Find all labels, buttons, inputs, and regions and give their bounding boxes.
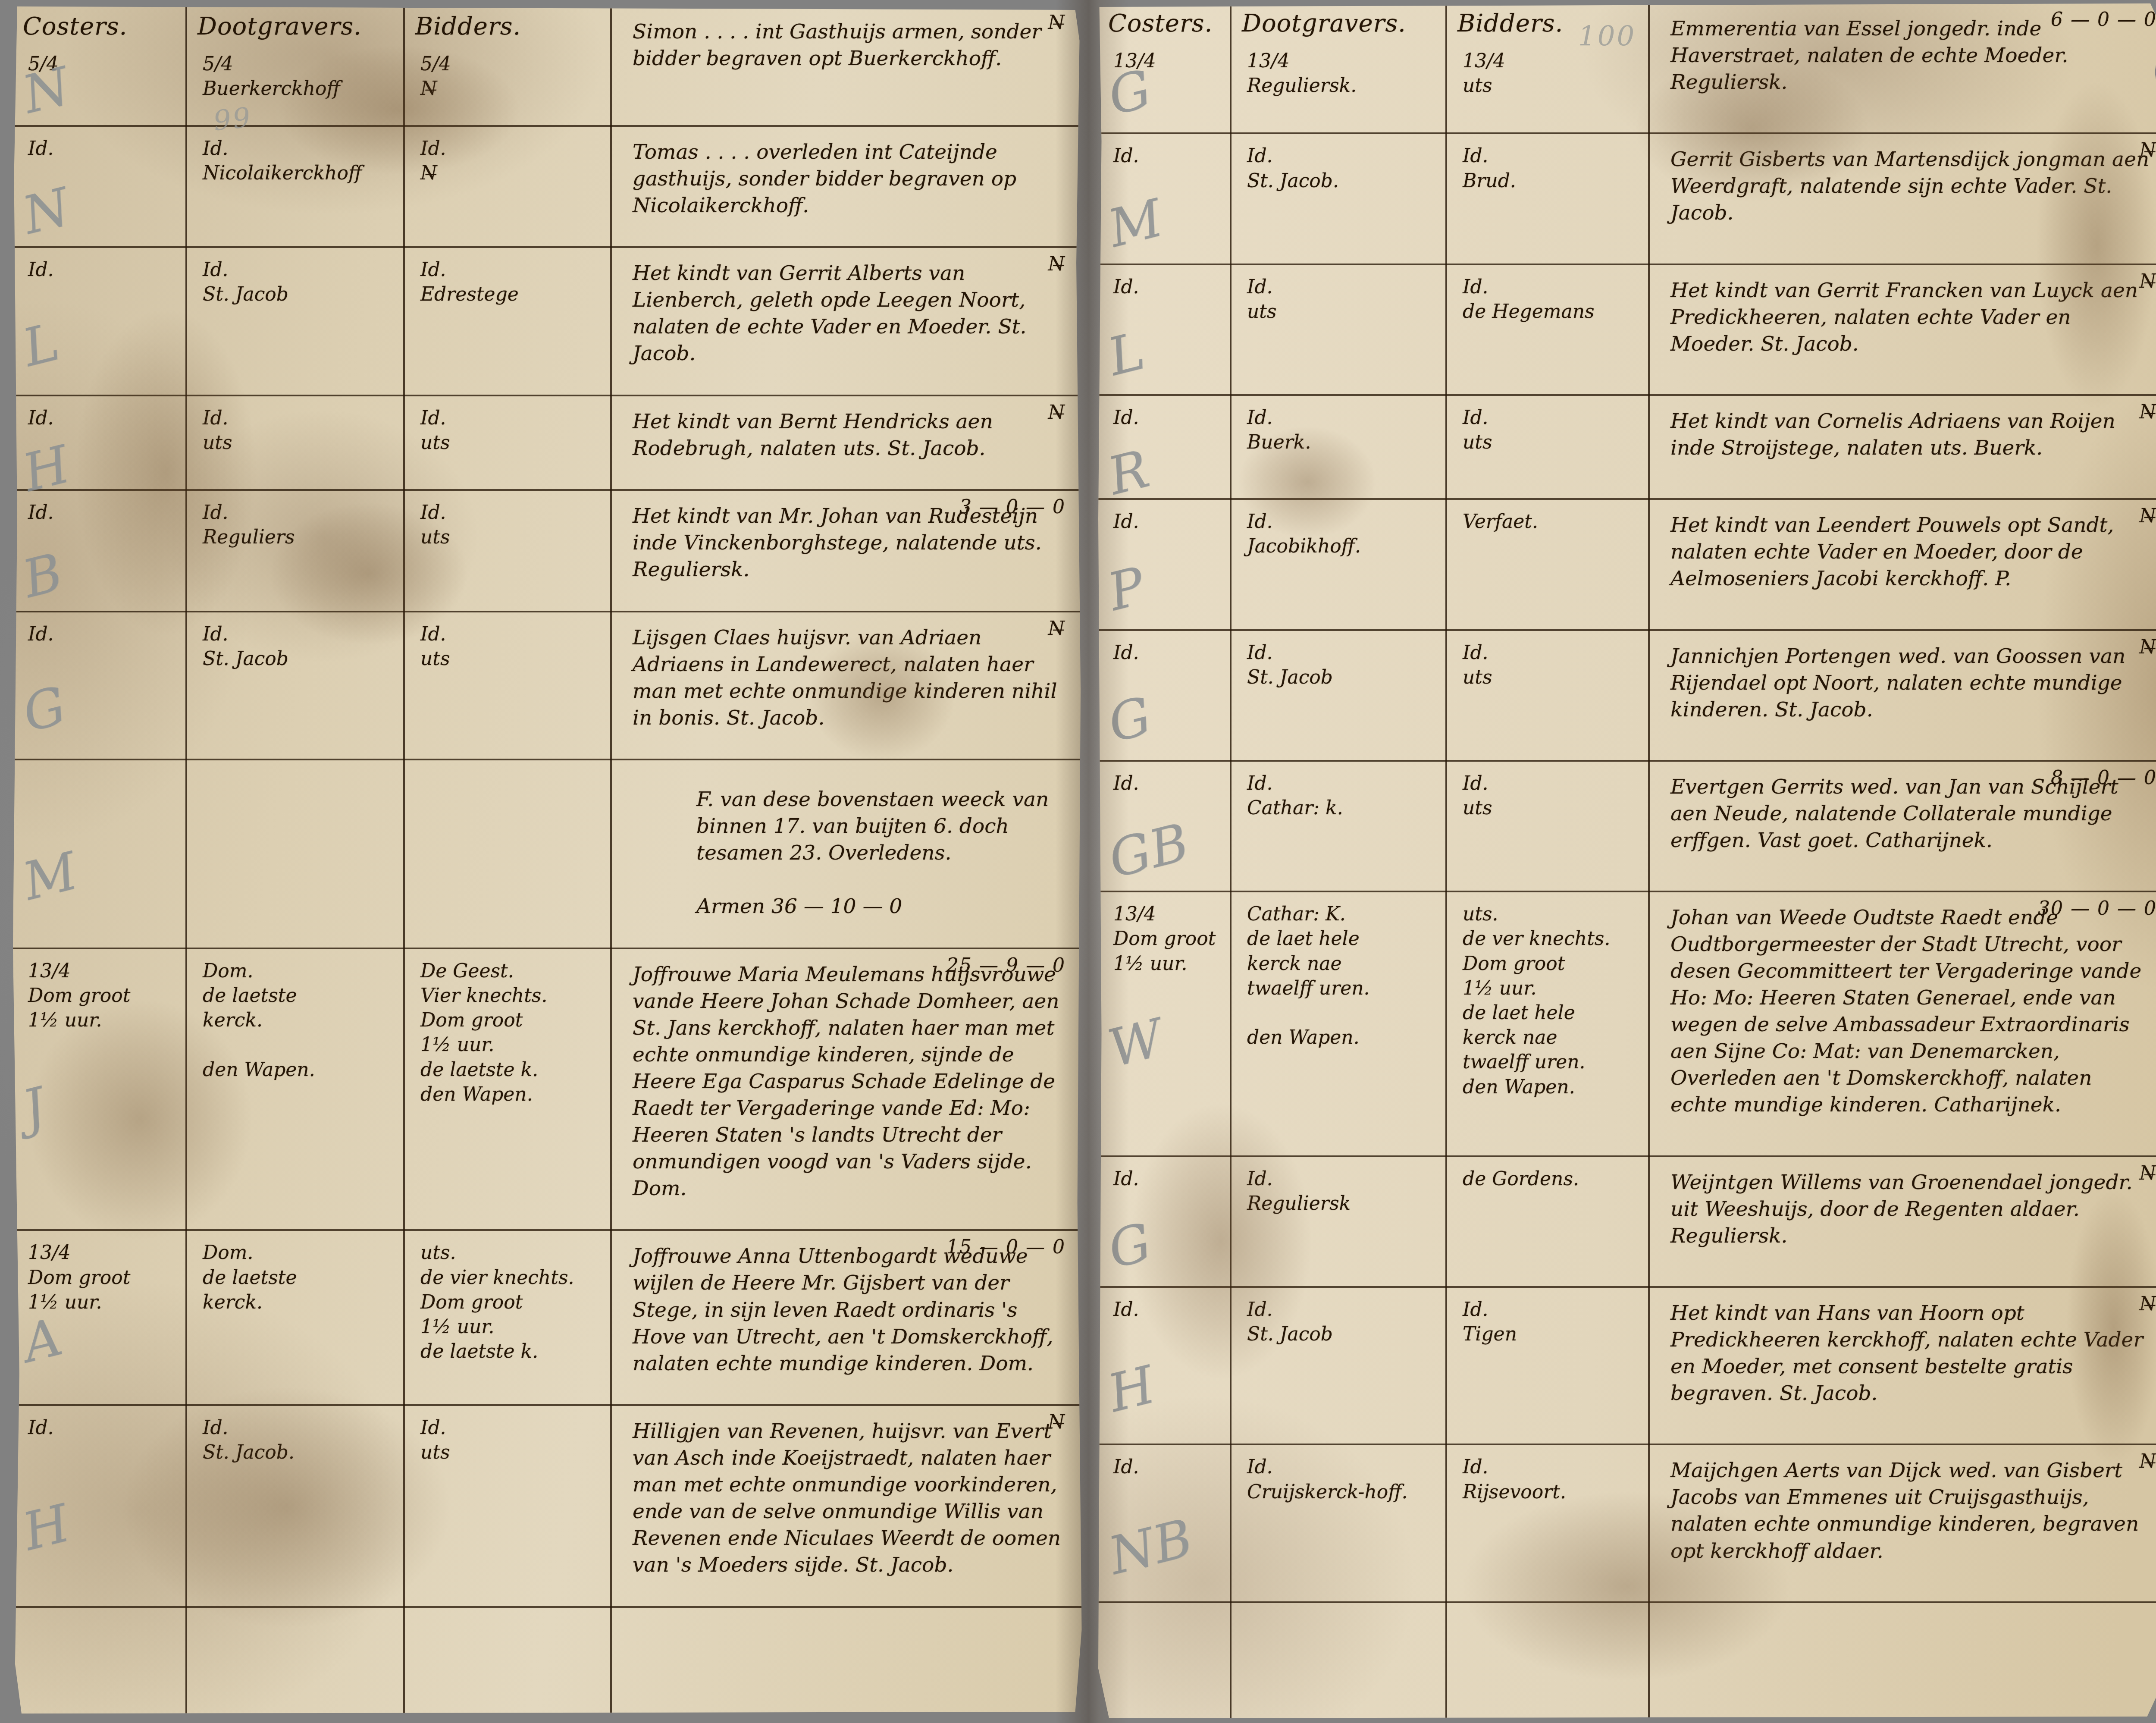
blank-area (1648, 1603, 2156, 1720)
margin-note: Id. uts (1445, 396, 1648, 466)
register-page-right: Costers.13/4GDootgravers.13/4 Reguliersk… (1096, 3, 2156, 1720)
pencil-mark: B (17, 542, 68, 609)
cell-dootgravers: Id. St. Jacob. (1230, 134, 1445, 265)
margin-note: Dom. de laetste kerck. (185, 1231, 403, 1326)
cell-dootgravers: Id. Reguliers (185, 491, 403, 612)
cell-dootgravers: Dom. de laetste kerck. den Wapen. (185, 949, 403, 1231)
margin-note: 5/4 Buerkerckhoff (185, 42, 403, 112)
cell-costers: 13/4 Dom groot 1½ uur.W (1096, 892, 1230, 1157)
margin-note: Id. (1096, 1445, 1230, 1491)
burial-entry-text: Het kindt van Cornelis Adriaens van Roij… (1648, 396, 2156, 476)
amount-note: N̶ (2140, 1450, 2156, 1472)
margin-note: Id. St. Jacob. (1230, 134, 1445, 204)
amount-note: 3 — 0 — 0 (959, 496, 1065, 518)
margin-note: Id. (1096, 762, 1230, 807)
cell-bidders: uts. de vier knechts. Dom groot 1½ uur. … (403, 1231, 610, 1406)
margin-note: 13/4 (1096, 39, 1230, 85)
margin-note: Id. St. Jacob. (185, 1406, 403, 1476)
margin-note: 5/4 (11, 42, 185, 88)
cell-bidders: Id. uts (403, 491, 610, 612)
cell-bidders: uts. de ver knechts. Dom groot 1½ uur. d… (1445, 892, 1648, 1157)
cell-bidders (403, 760, 610, 949)
margin-note: Id. (1096, 631, 1230, 676)
margin-note: Id. Jacobikhoff. (1230, 500, 1445, 570)
cell-costers: Id.G (1096, 631, 1230, 762)
cell-costers: Id.P (1096, 500, 1230, 631)
cell-entry: N̶Het kindt van Hans van Hoorn opt Predi… (1648, 1288, 2156, 1445)
blank-area (1096, 1603, 1230, 1720)
margin-note: Id. (1096, 134, 1230, 179)
blank-area (11, 1608, 185, 1715)
cell-costers: Id.M (1096, 134, 1230, 265)
cell-dootgravers: Id. Buerk. (1230, 396, 1445, 500)
margin-note: 5/4 N̶ (403, 42, 610, 112)
cell-costers: Id.H (11, 1406, 185, 1608)
margin-note: Id. (1096, 1288, 1230, 1333)
amount-note: N̶ (2140, 139, 2156, 161)
burial-entry-text: Het kindt van Leendert Pouwels opt Sandt… (1648, 500, 2156, 607)
cell-bidders: Id. de Hegemans (1445, 265, 1648, 396)
pencil-mark: M (1103, 188, 1169, 259)
cell-costers: Costers.5/4N (11, 6, 185, 127)
amount-note: N̶ (2140, 401, 2156, 423)
margin-note: Id. Reguliersk (1230, 1157, 1445, 1227)
cell-dootgravers: Cathar: K. de laet hele kerck nae twaelf… (1230, 892, 1445, 1157)
cell-bidders: Id. uts (1445, 762, 1648, 892)
cell-entry: N̶Lijsgen Claes huijsvr. van Adriaen Adr… (610, 612, 1083, 761)
cell-bidders: Id. Brud. (1445, 134, 1648, 265)
margin-note: Id. (1096, 265, 1230, 311)
cell-entry: N̶Het kindt van Leendert Pouwels opt San… (1648, 500, 2156, 631)
pencil-mark: G (17, 675, 72, 744)
cell-dootgravers: Id. St. Jacob (185, 248, 403, 396)
margin-note: 13/4 Dom groot 1½ uur. (11, 1231, 185, 1326)
burial-entry-text: Het kindt van Bernt Hendricks aen Rodebr… (610, 396, 1083, 477)
pencil-mark: GB (1103, 812, 1194, 889)
cell-bidders: Bidders.13/4 uts (1445, 3, 1648, 134)
amount-note: N̶ (2140, 505, 2156, 527)
cell-bidders: Id. uts (1445, 631, 1648, 762)
margin-note: Id. (11, 248, 185, 293)
amount-note: N̶ (2140, 1293, 2156, 1315)
cell-bidders: Id. Rijsevoort. (1445, 1445, 1648, 1603)
margin-note: 13/4 Dom groot 1½ uur. (1096, 892, 1230, 987)
pencil-mark: L (1102, 321, 1150, 388)
cell-bidders: Id. N̶ (403, 127, 610, 248)
margin-note: Id. St. Jacob (1230, 1288, 1445, 1358)
cell-dootgravers: Dom. de laetste kerck. (185, 1231, 403, 1406)
cell-dootgravers (185, 760, 403, 949)
margin-note: Id. Buerk. (1230, 396, 1445, 466)
cell-bidders: Id. Tigen (1445, 1288, 1648, 1445)
margin-note (11, 760, 185, 781)
cell-costers: Id.N (11, 127, 185, 248)
cell-entry: N̶Gerrit Gisberts van Martensdijck jongm… (1648, 134, 2156, 265)
blank-area (1445, 1603, 1648, 1720)
margin-note: uts. de vier knechts. Dom groot 1½ uur. … (403, 1231, 610, 1375)
margin-note: 13/4 Reguliersk. (1230, 39, 1445, 109)
column-header: Costers. (1096, 3, 1230, 39)
cell-entry: 15 — 0 — 0Joffrouwe Anna Uttenbogardt we… (610, 1231, 1083, 1406)
column-header: Bidders. (1445, 3, 1648, 39)
pencil-mark: G (1103, 686, 1157, 754)
margin-note: Dom. de laetste kerck. den Wapen. (185, 949, 403, 1093)
margin-note: Id. Brud. (1445, 134, 1648, 204)
margin-note: Id. uts (1445, 762, 1648, 832)
cell-bidders: Id. uts (1445, 396, 1648, 500)
pencil-mark: R (1103, 439, 1155, 507)
burial-entry-text: Hilligjen van Revenen, huijsvr. van Ever… (610, 1406, 1083, 1593)
cell-costers: Costers.13/4G (1096, 3, 1230, 134)
pencil-mark: H (1103, 1355, 1161, 1424)
cell-dootgravers: Dootgravers.5/4 Buerkerckhoff (185, 6, 403, 127)
margin-note: Id. St. Jacob (185, 248, 403, 318)
register-table-right: Costers.13/4GDootgravers.13/4 Reguliersk… (1096, 3, 2156, 1720)
margin-note: Id. Rijsevoort. (1445, 1445, 1648, 1515)
margin-note: Id. uts (1445, 631, 1648, 701)
amount-note: N̶ (1048, 253, 1066, 275)
cell-entry: N̶Het kindt van Cornelis Adriaens van Ro… (1648, 396, 2156, 500)
cell-costers: Id.H (1096, 1288, 1230, 1445)
cell-entry: N̶Simon . . . . int Gasthuijs armen, son… (610, 6, 1083, 127)
margin-note: Id. St. Jacob (185, 612, 403, 682)
margin-note: 13/4 uts (1445, 39, 1648, 109)
amount-note: 30 — 0 — 0 (2038, 898, 2156, 920)
blank-area (1230, 1603, 1445, 1720)
margin-note: Id. Reguliers (185, 491, 403, 561)
margin-note: Verfaet. (1445, 500, 1648, 545)
margin-note: Id. de Hegemans (1445, 265, 1648, 335)
register-table-left: Costers.5/4NDootgravers.5/4 Buerkerckhof… (11, 6, 1083, 1715)
blank-area (403, 1608, 610, 1715)
cell-entry: N̶Het kindt van Gerrit Alberts van Lienb… (610, 248, 1083, 396)
burial-entry-text: Het kindt van Gerrit Alberts van Lienber… (610, 248, 1083, 382)
column-header: Dootgravers. (1230, 3, 1445, 39)
cell-entry: N̶Jannichjen Portengen wed. van Goossen … (1648, 631, 2156, 762)
cell-bidders: Id. uts (403, 396, 610, 491)
pencil-mark: H (17, 1494, 75, 1563)
burial-entry-text: Maijchgen Aerts van Dijck wed. van Gisbe… (1648, 1445, 2156, 1579)
cell-dootgravers: Id. St. Jacob. (185, 1406, 403, 1608)
margin-note (185, 760, 403, 781)
margin-note: Id. uts (403, 612, 610, 682)
blank-area (610, 1608, 1083, 1715)
burial-entry-text: Joffrouwe Maria Meulemans huijsvrouwe va… (610, 949, 1083, 1217)
margin-note: Id. St. Jacob (1230, 631, 1445, 701)
margin-note: Id. Cruijskerck-hoff. (1230, 1445, 1445, 1515)
margin-note: Id. uts (403, 396, 610, 466)
amount-note: N̶ (2140, 1162, 2156, 1184)
cell-bidders: De Geest. Vier knechts. Dom groot 1½ uur… (403, 949, 610, 1231)
margin-note: de Gordens. (1445, 1157, 1648, 1202)
cell-costers: Id.GB (1096, 762, 1230, 892)
burial-entry-text: Jannichjen Portengen wed. van Goossen va… (1648, 631, 2156, 738)
cell-entry: 25 — 9 — 0Joffrouwe Maria Meulemans huij… (610, 949, 1083, 1231)
amount-note: N̶ (1048, 12, 1066, 34)
margin-note: 13/4 Dom groot 1½ uur. (11, 949, 185, 1044)
amount-note: 6 — 0 — 0 (2051, 9, 2156, 31)
cell-entry: N̶Hilligjen van Revenen, huijsvr. van Ev… (610, 1406, 1083, 1608)
cell-entry: N̶Het kindt van Bernt Hendricks aen Rode… (610, 396, 1083, 491)
cell-bidders: Bidders.5/4 N̶ (403, 6, 610, 127)
burial-entry-text: Tomas . . . . overleden int Cateijnde ga… (610, 127, 1083, 234)
margin-note: Id. uts (403, 1406, 610, 1476)
cell-bidders: de Gordens. (1445, 1157, 1648, 1288)
pencil-mark: M (17, 841, 83, 912)
burial-entry-text: Lijsgen Claes huijsvr. van Adriaen Adria… (610, 612, 1083, 746)
margin-note: Id. Edrestege (403, 248, 610, 318)
cell-entry: 3 — 0 — 0Het kindt van Mr. Johan van Rud… (610, 491, 1083, 612)
cell-entry: 30 — 0 — 0Johan van Weede Oudtste Raedt … (1648, 892, 2156, 1157)
cell-entry: N̶Weijntgen Willems van Groenendael jong… (1648, 1157, 2156, 1288)
amount-note: 25 — 9 — 0 (946, 954, 1065, 976)
margin-note: Id. Nicolaikerckhoff (185, 127, 403, 197)
cell-entry: F. van dese bovenstaen weeck van binnen … (610, 760, 1083, 949)
margin-note: Id. N̶ (403, 127, 610, 197)
cell-costers: 13/4 Dom groot 1½ uur.A (11, 1231, 185, 1406)
cell-dootgravers: Dootgravers.13/4 Reguliersk. (1230, 3, 1445, 134)
cell-costers: Id.NB (1096, 1445, 1230, 1603)
cell-costers: Id.L (11, 248, 185, 396)
margin-note: Id. Cathar: k. (1230, 762, 1445, 832)
cell-dootgravers: Id. uts (185, 396, 403, 491)
cell-dootgravers: Id. Cathar: k. (1230, 762, 1445, 892)
column-header: Dootgravers. (185, 6, 403, 42)
manuscript-spread: Costers.5/4NDootgravers.5/4 Buerkerckhof… (0, 0, 2156, 1723)
pencil-mark: P (1102, 556, 1150, 622)
amount-note: 15 — 0 — 0 (946, 1236, 1065, 1258)
margin-note: Id. (11, 1406, 185, 1451)
cell-dootgravers: Id. Reguliersk (1230, 1157, 1445, 1288)
amount-note: 8 — 0 — 0 (2051, 767, 2156, 789)
margin-note: Id. (1096, 396, 1230, 441)
burial-entry-text: Simon . . . . int Gasthuijs armen, sonde… (610, 6, 1083, 87)
margin-note: Id. (1096, 1157, 1230, 1202)
burial-entry-text: Gerrit Gisberts van Martensdijck jongman… (1648, 134, 2156, 241)
cell-costers: Id.G (11, 612, 185, 761)
burial-entry-text: F. van dese bovenstaen weeck van binnen … (610, 760, 1083, 935)
cell-bidders: Id. Edrestege (403, 248, 610, 396)
column-header: Bidders. (403, 6, 610, 42)
cell-bidders: Verfaet. (1445, 500, 1648, 631)
pencil-mark: G (1103, 1212, 1157, 1280)
cell-bidders: Id. uts (403, 1406, 610, 1608)
burial-entry-text: Weijntgen Willems van Groenendael jonged… (1648, 1157, 2156, 1264)
cell-dootgravers: Id. St. Jacob (1230, 1288, 1445, 1445)
cell-costers: 13/4 Dom groot 1½ uur.J (11, 949, 185, 1231)
cell-costers: Id.B (11, 491, 185, 612)
cell-entry: 6 — 0 — 0Emmerentia van Essel jongedr. i… (1648, 3, 2156, 134)
pencil-mark: N (17, 177, 76, 246)
column-header: Costers. (11, 6, 185, 42)
cell-costers: Id.L (1096, 265, 1230, 396)
margin-note: De Geest. Vier knechts. Dom groot 1½ uur… (403, 949, 610, 1118)
margin-note: Id. uts (403, 491, 610, 561)
margin-note: Id. (11, 127, 185, 172)
cell-dootgravers: Id. St. Jacob (185, 612, 403, 761)
amount-note: N̶ (2140, 636, 2156, 658)
cell-costers: Id.H (11, 396, 185, 491)
cell-dootgravers: Id. St. Jacob (1230, 631, 1445, 762)
margin-note: Cathar: K. de laet hele kerck nae twaelf… (1230, 892, 1445, 1061)
margin-note: Id. uts (185, 396, 403, 466)
cell-dootgravers: Id. Cruijskerck-hoff. (1230, 1445, 1445, 1603)
cell-dootgravers: Id. Nicolaikerckhoff (185, 127, 403, 248)
margin-note: Id. (11, 396, 185, 442)
pencil-mark: W (1103, 1008, 1169, 1079)
register-page-left: Costers.5/4NDootgravers.5/4 Buerkerckhof… (11, 6, 1083, 1715)
pencil-mark: L (17, 312, 65, 379)
burial-entry-text: Johan van Weede Oudtste Raedt ende Oudtb… (1648, 892, 2156, 1133)
cell-entry: Tomas . . . . overleden int Cateijnde ga… (610, 127, 1083, 248)
amount-note: N̶ (1048, 402, 1066, 424)
cell-entry: N̶Maijchgen Aerts van Dijck wed. van Gis… (1648, 1445, 2156, 1603)
cell-dootgravers: Id. Jacobikhoff. (1230, 500, 1445, 631)
amount-note: N̶ (1048, 618, 1066, 640)
amount-note: N̶ (1048, 1411, 1066, 1433)
margin-note: Id. (11, 612, 185, 658)
burial-entry-text: Het kindt van Gerrit Francken van Luyck … (1648, 265, 2156, 372)
blank-area (185, 1608, 403, 1715)
cell-costers: Id.G (1096, 1157, 1230, 1288)
amount-note: N̶ (2140, 270, 2156, 292)
margin-note (403, 760, 610, 781)
margin-note: uts. de ver knechts. Dom groot 1½ uur. d… (1445, 892, 1648, 1111)
cell-bidders: Id. uts (403, 612, 610, 761)
cell-entry: 8 — 0 — 0Evertgen Gerrits wed. van Jan v… (1648, 762, 2156, 892)
cell-costers: M (11, 760, 185, 949)
cell-entry: N̶Het kindt van Gerrit Francken van Luyc… (1648, 265, 2156, 396)
margin-note: Id. Tigen (1445, 1288, 1648, 1358)
cell-costers: Id.R (1096, 396, 1230, 500)
cell-dootgravers: Id. uts (1230, 265, 1445, 396)
burial-entry-text: Het kindt van Hans van Hoorn opt Predick… (1648, 1288, 2156, 1422)
pencil-mark: J (17, 1076, 51, 1140)
pencil-mark: NB (1103, 1508, 1198, 1586)
margin-note: Id. (1096, 500, 1230, 545)
margin-note: Id. uts (1230, 265, 1445, 335)
margin-note: Id. (11, 491, 185, 536)
